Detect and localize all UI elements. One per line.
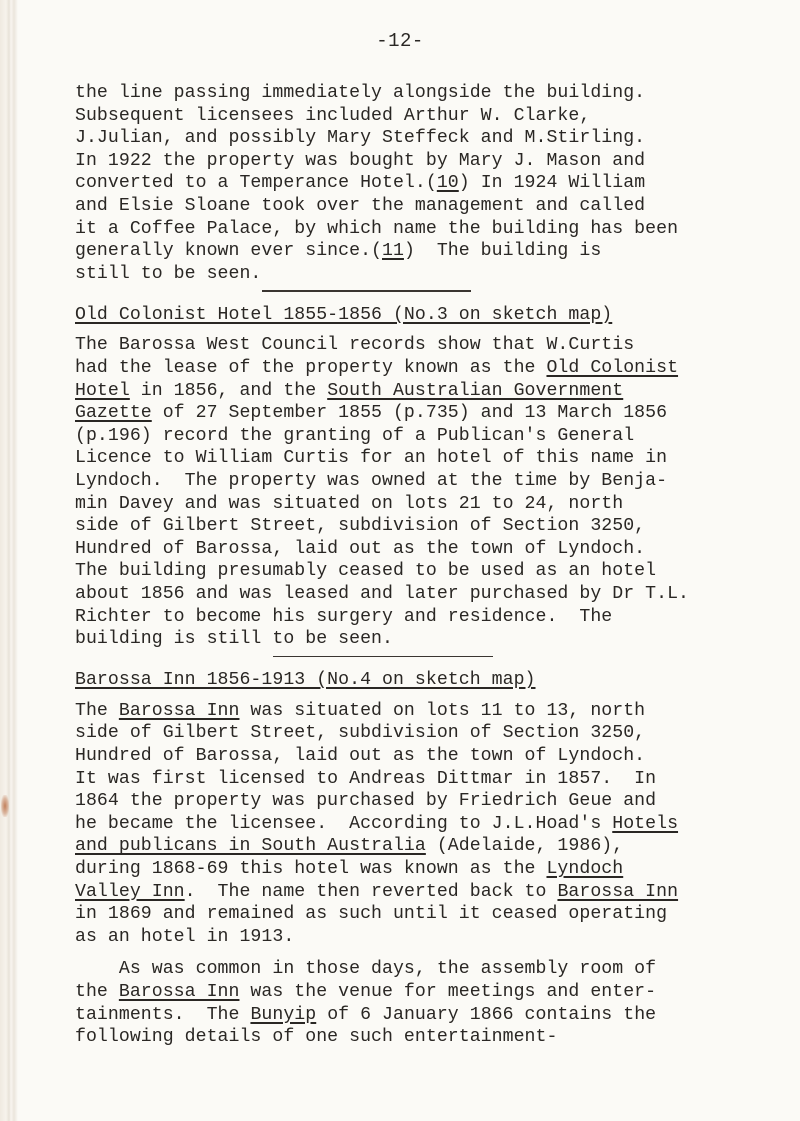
text-run: the line passing immediately alongside t… [75, 83, 645, 103]
text-run: was situated on lots 11 to 13, north [239, 701, 645, 721]
underlined-title: South Australian Government [327, 381, 623, 401]
underlined-title: Old Colonist Hotel 1855-1856 (No.3 on sk… [75, 305, 612, 325]
paper-stain [1, 795, 9, 817]
underlined-title: Lyndoch [546, 859, 623, 879]
underlined-title: Old Colonist [546, 358, 678, 378]
text-line: and publicans in South Australia (Adelai… [75, 835, 775, 858]
text-line: The building presumably ceased to be use… [75, 560, 775, 583]
text-run: Lyndoch. The property was owned at the t… [75, 471, 667, 491]
text-line: min Davey and was situated on lots 21 to… [75, 493, 775, 516]
text-run: 1864 the property was purchased by Fried… [75, 791, 656, 811]
document-body: the line passing immediately alongside t… [75, 82, 775, 1049]
section-divider [262, 290, 471, 292]
text-run: ) In 1924 William [459, 173, 645, 193]
text-run: Hundred of Barossa, laid out as the town… [75, 539, 645, 559]
text-run: it a Coffee Palace, by which name the bu… [75, 219, 678, 239]
underlined-title: and publicans in South Australia [75, 836, 426, 856]
text-run: As was common in those days, the assembl… [75, 959, 656, 979]
text-line: still to be seen. [75, 263, 775, 286]
text-line: In 1922 the property was bought by Mary … [75, 150, 775, 173]
text-run: tainments. The [75, 1005, 250, 1025]
underlined-title: Valley Inn [75, 882, 185, 902]
text-run: still to be seen. [75, 264, 261, 284]
heading-line: Old Colonist Hotel 1855-1856 (No.3 on sk… [75, 304, 775, 327]
text-line: (p.196) record the granting of a Publica… [75, 425, 775, 448]
text-run: Richter to become his surgery and reside… [75, 607, 612, 627]
underlined-title: Bunyip [250, 1005, 316, 1025]
text-line: had the lease of the property known as t… [75, 357, 775, 380]
underlined-title: Barossa Inn 1856-1913 (No.4 on sketch ma… [75, 670, 536, 690]
text-line: Valley Inn. The name then reverted back … [75, 881, 775, 904]
underlined-title: Barossa Inn [119, 982, 240, 1002]
text-line: Subsequent licensees included Arthur W. … [75, 105, 775, 128]
underlined-title: 11 [382, 241, 404, 261]
text-line: the line passing immediately alongside t… [75, 82, 775, 105]
text-run: ) The building is [404, 241, 601, 261]
text-line: It was first licensed to Andreas Dittmar… [75, 768, 775, 791]
text-run: (p.196) record the granting of a Publica… [75, 426, 634, 446]
text-run: Subsequent licensees included Arthur W. … [75, 106, 590, 126]
underlined-title: Barossa Inn [557, 882, 678, 902]
text-line: The Barossa Inn was situated on lots 11 … [75, 700, 775, 723]
text-line: J.Julian, and possibly Mary Steffeck and… [75, 127, 775, 150]
underlined-title: Barossa Inn [119, 701, 240, 721]
text-line: Licence to William Curtis for an hotel o… [75, 447, 775, 470]
text-line: Lyndoch. The property was owned at the t… [75, 470, 775, 493]
text-line: Hundred of Barossa, laid out as the town… [75, 745, 775, 768]
text-line: building is still to be seen. [75, 628, 775, 651]
underlined-title: Hotels [612, 814, 678, 834]
section-heading: Old Colonist Hotel 1855-1856 (No.3 on sk… [75, 304, 775, 327]
text-line: generally known ever since.(11) The buil… [75, 240, 775, 263]
text-run: J.Julian, and possibly Mary Steffeck and… [75, 128, 645, 148]
text-line: and Elsie Sloane took over the managemen… [75, 195, 775, 218]
text-line: Hotel in 1856, and the South Australian … [75, 380, 775, 403]
text-run: in 1856, and the [130, 381, 327, 401]
heading-line: Barossa Inn 1856-1913 (No.4 on sketch ma… [75, 669, 775, 692]
underlined-title: Gazette [75, 403, 152, 423]
text-run: and Elsie Sloane took over the managemen… [75, 196, 645, 216]
text-run: as an hotel in 1913. [75, 927, 294, 947]
text-run: about 1856 and was leased and later purc… [75, 584, 689, 604]
text-run: It was first licensed to Andreas Dittmar… [75, 769, 656, 789]
text-run: had the lease of the property known as t… [75, 358, 546, 378]
text-run: the [75, 982, 119, 1002]
text-run: was the venue for meetings and enter- [239, 982, 656, 1002]
text-line: 1864 the property was purchased by Fried… [75, 790, 775, 813]
text-run: Licence to William Curtis for an hotel o… [75, 448, 667, 468]
text-line: side of Gilbert Street, subdivision of S… [75, 515, 775, 538]
section-divider [273, 656, 493, 658]
text-line: The Barossa West Council records show th… [75, 334, 775, 357]
text-run: following details of one such entertainm… [75, 1027, 557, 1047]
text-run: generally known ever since.( [75, 241, 382, 261]
text-line: about 1856 and was leased and later purc… [75, 583, 775, 606]
text-run: during 1868-69 this hotel was known as t… [75, 859, 546, 879]
paragraph: The Barossa West Council records show th… [75, 334, 775, 650]
text-run: The building presumably ceased to be use… [75, 561, 656, 581]
text-run: in 1869 and remained as such until it ce… [75, 904, 667, 924]
text-run: min Davey and was situated on lots 21 to… [75, 494, 623, 514]
underlined-title: 10 [437, 173, 459, 193]
text-line: in 1869 and remained as such until it ce… [75, 903, 775, 926]
text-run: of 6 January 1866 contains the [316, 1005, 656, 1025]
paragraph: As was common in those days, the assembl… [75, 958, 775, 1048]
text-line: he became the licensee. According to J.L… [75, 813, 775, 836]
text-line: Hundred of Barossa, laid out as the town… [75, 538, 775, 561]
text-line: tainments. The Bunyip of 6 January 1866 … [75, 1004, 775, 1027]
section-heading: Barossa Inn 1856-1913 (No.4 on sketch ma… [75, 669, 775, 692]
underlined-title: Hotel [75, 381, 130, 401]
text-run: . The name then reverted back to [185, 882, 558, 902]
text-run: (Adelaide, 1986), [426, 836, 623, 856]
text-run: The Barossa West Council records show th… [75, 335, 634, 355]
text-line: Gazette of 27 September 1855 (p.735) and… [75, 402, 775, 425]
text-run: converted to a Temperance Hotel.( [75, 173, 437, 193]
text-run: side of Gilbert Street, subdivision of S… [75, 723, 645, 743]
text-line: as an hotel in 1913. [75, 926, 775, 949]
text-run: Hundred of Barossa, laid out as the town… [75, 746, 645, 766]
page-number: -12- [0, 30, 800, 52]
text-line: following details of one such entertainm… [75, 1026, 775, 1049]
text-run: building is still to be seen. [75, 629, 393, 649]
text-run: side of Gilbert Street, subdivision of S… [75, 516, 645, 536]
paragraph: the line passing immediately alongside t… [75, 82, 775, 285]
text-line: side of Gilbert Street, subdivision of S… [75, 722, 775, 745]
text-line: during 1868-69 this hotel was known as t… [75, 858, 775, 881]
text-run: he became the licensee. According to J.L… [75, 814, 612, 834]
text-run: In 1922 the property was bought by Mary … [75, 151, 645, 171]
text-line: converted to a Temperance Hotel.(10) In … [75, 172, 775, 195]
text-line: the Barossa Inn was the venue for meetin… [75, 981, 775, 1004]
text-line: Richter to become his surgery and reside… [75, 606, 775, 629]
text-line: As was common in those days, the assembl… [75, 958, 775, 981]
paragraph: The Barossa Inn was situated on lots 11 … [75, 700, 775, 949]
page-binding-edge [0, 0, 18, 1121]
text-run: of 27 September 1855 (p.735) and 13 Marc… [152, 403, 667, 423]
paragraph-gap [75, 948, 775, 958]
text-line: it a Coffee Palace, by which name the bu… [75, 218, 775, 241]
text-run: The [75, 701, 119, 721]
